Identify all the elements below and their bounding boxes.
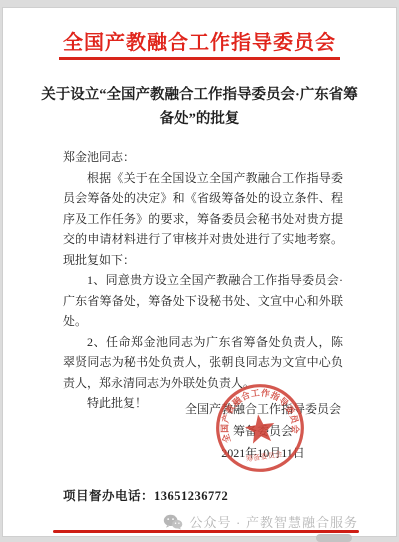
document-page: 全国产教融合工作指导委员会 关于设立“全国产教融合工作指导委员会·广东省筹备处”…: [2, 7, 397, 537]
paragraph-item-1: 1、同意贵方设立全国产教融合工作指导委员会·广东省筹备处，筹备处下设秘书处、文宣…: [63, 270, 343, 332]
bottom-red-divider: [53, 530, 359, 533]
wechat-account-banner: 公众号 · 产教智慧融合服务: [163, 512, 358, 531]
salutation: 郑金池同志：: [63, 147, 343, 168]
document-title: 关于设立“全国产教融合工作指导委员会·广东省筹备处”的批复: [37, 83, 363, 131]
paragraph-basis: 根据《关于在全国设立全国产教融合工作指导委员会筹备处的决定》和《省级筹备处的设立…: [63, 168, 343, 271]
signature-org-line1: 全国产教融合工作指导委员会: [168, 398, 358, 420]
document-body: 郑金池同志： 根据《关于在全国设立全国产教融合工作指导委员会筹备处的决定》和《省…: [63, 147, 343, 414]
contact-phone-line: 项目督办电话：13651236772: [63, 486, 228, 504]
wechat-icon: [163, 514, 183, 530]
signature-block: 全国产教融合工作指导委员会 筹备委员会 2021年10月11日: [168, 398, 358, 464]
screenshot-root: 全国产教融合工作指导委员会 关于设立“全国产教融合工作指导委员会·广东省筹备处”…: [0, 0, 399, 542]
signature-date: 2021年10月11日: [168, 442, 358, 464]
paragraph-item-2: 2、任命郑金池同志为广东省筹备处负责人，陈翠贤同志为秘书处负责人，张朝良同志为文…: [63, 332, 343, 394]
wechat-account-label: 公众号 · 产教智慧融合服务: [189, 512, 358, 531]
scrollbar-thumb[interactable]: [316, 534, 352, 542]
signature-org-line2: 筹备委员会: [168, 420, 358, 442]
letterhead-title: 全国产教融合工作指导委员会: [59, 32, 340, 60]
